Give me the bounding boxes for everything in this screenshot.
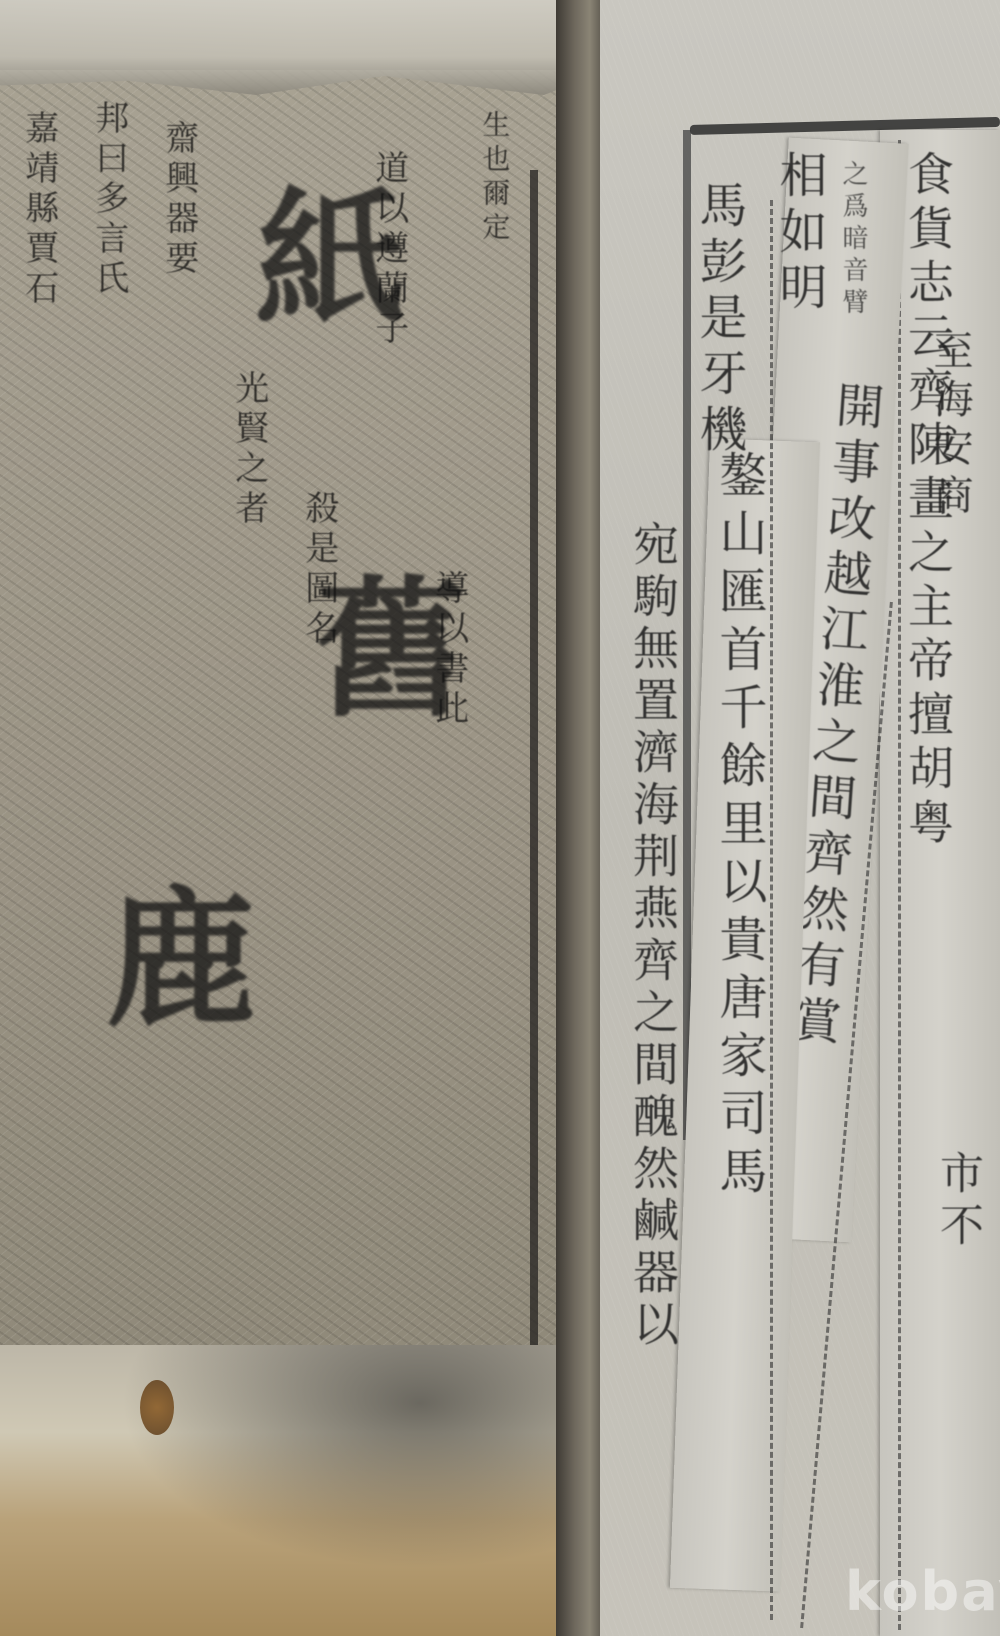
large-character: 鹿: [60, 880, 276, 1030]
text-column: 相如明: [775, 150, 823, 318]
text-column: 之爲暗音臂: [840, 160, 866, 320]
watermark: kobay: [845, 1560, 1000, 1623]
text-column: 邦曰多言氏: [90, 100, 126, 300]
text-column: 宛駒無置濟海荆燕齊之間醜然鹹器以: [630, 520, 676, 1352]
text-column: 嘉靖縣賈石: [20, 110, 56, 310]
large-character: 紙: [210, 180, 426, 330]
large-character: 舊: [270, 570, 486, 720]
text-column: 至海安商: [930, 330, 970, 522]
column-rule: [530, 170, 538, 1450]
damaged-paper-bottom: [0, 1345, 600, 1636]
border-rule-left: [683, 130, 691, 1140]
column-rule: [770, 200, 773, 1620]
text-column: 齋興器要: [160, 120, 196, 280]
rust-stain: [140, 1380, 174, 1435]
column-rule: [898, 140, 901, 1630]
text-column: 馬彭是牙機: [695, 180, 743, 460]
text-column: 光賢之者: [230, 370, 266, 530]
text-column: 市不: [935, 1150, 979, 1254]
text-column: 生也爾定: [480, 110, 509, 246]
left-page: 嘉靖縣賈石 邦曰多言氏 齋興器要 光賢之者 殺是圖名 道以遵蘭子 導以書此 生也…: [0, 70, 590, 1410]
torn-paper-top: [0, 0, 640, 95]
text-column: 鏊山匯首千餘里以貴唐家司馬: [715, 450, 763, 1204]
document-photo: 嘉靖縣賈石 邦曰多言氏 齋興器要 光賢之者 殺是圖名 道以遵蘭子 導以書此 生也…: [0, 0, 1000, 1636]
